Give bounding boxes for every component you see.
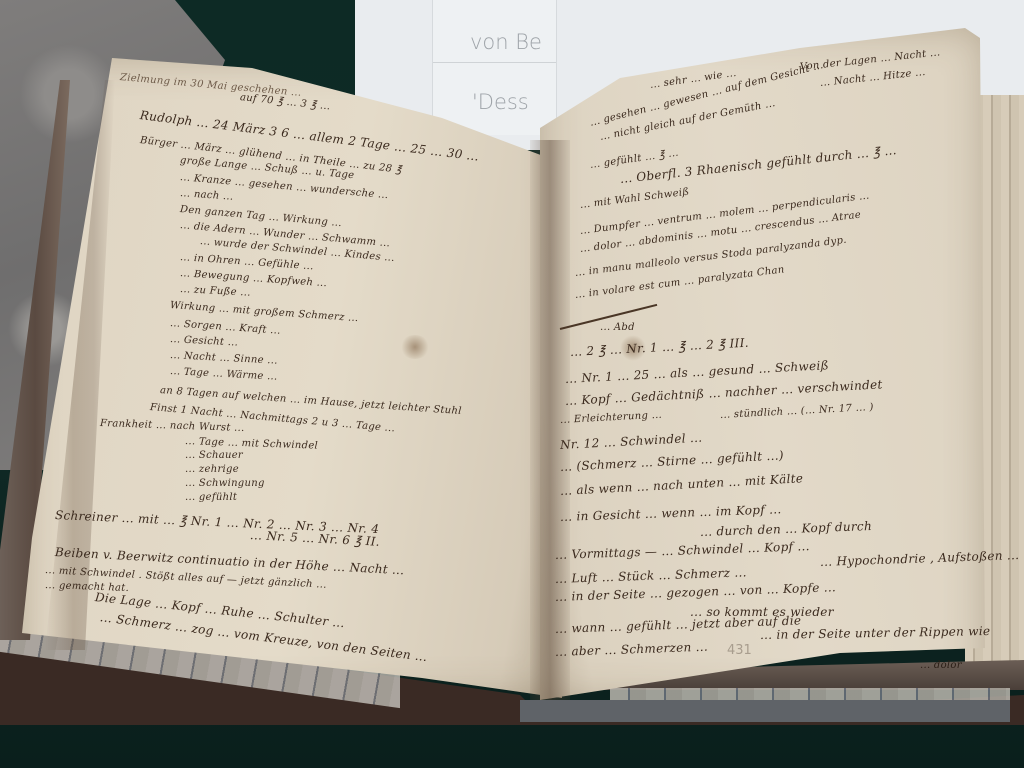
ink-stain-left [400, 335, 430, 359]
handwritten-line: ... Schwingung [185, 478, 265, 489]
label-card-strip [432, 0, 557, 135]
page-number: 431 [727, 643, 752, 658]
handwritten-line: ... zehrige [185, 464, 239, 475]
handwritten-line: ... gefühlt [185, 492, 237, 503]
handwritten-line: ... Schauer [185, 450, 243, 461]
photo-scene: von Be 'Dess Zielmung im 30 Mai geschehe… [0, 0, 1024, 768]
book-board-right [520, 700, 1010, 722]
label-card-text-line-2: 'Dess [472, 90, 529, 114]
label-card-text-line-1: von Be [470, 30, 542, 54]
label-card-rule [433, 62, 556, 63]
handwritten-line: ... Abd [600, 322, 635, 333]
footer-fragment: ... dolor [920, 660, 962, 671]
